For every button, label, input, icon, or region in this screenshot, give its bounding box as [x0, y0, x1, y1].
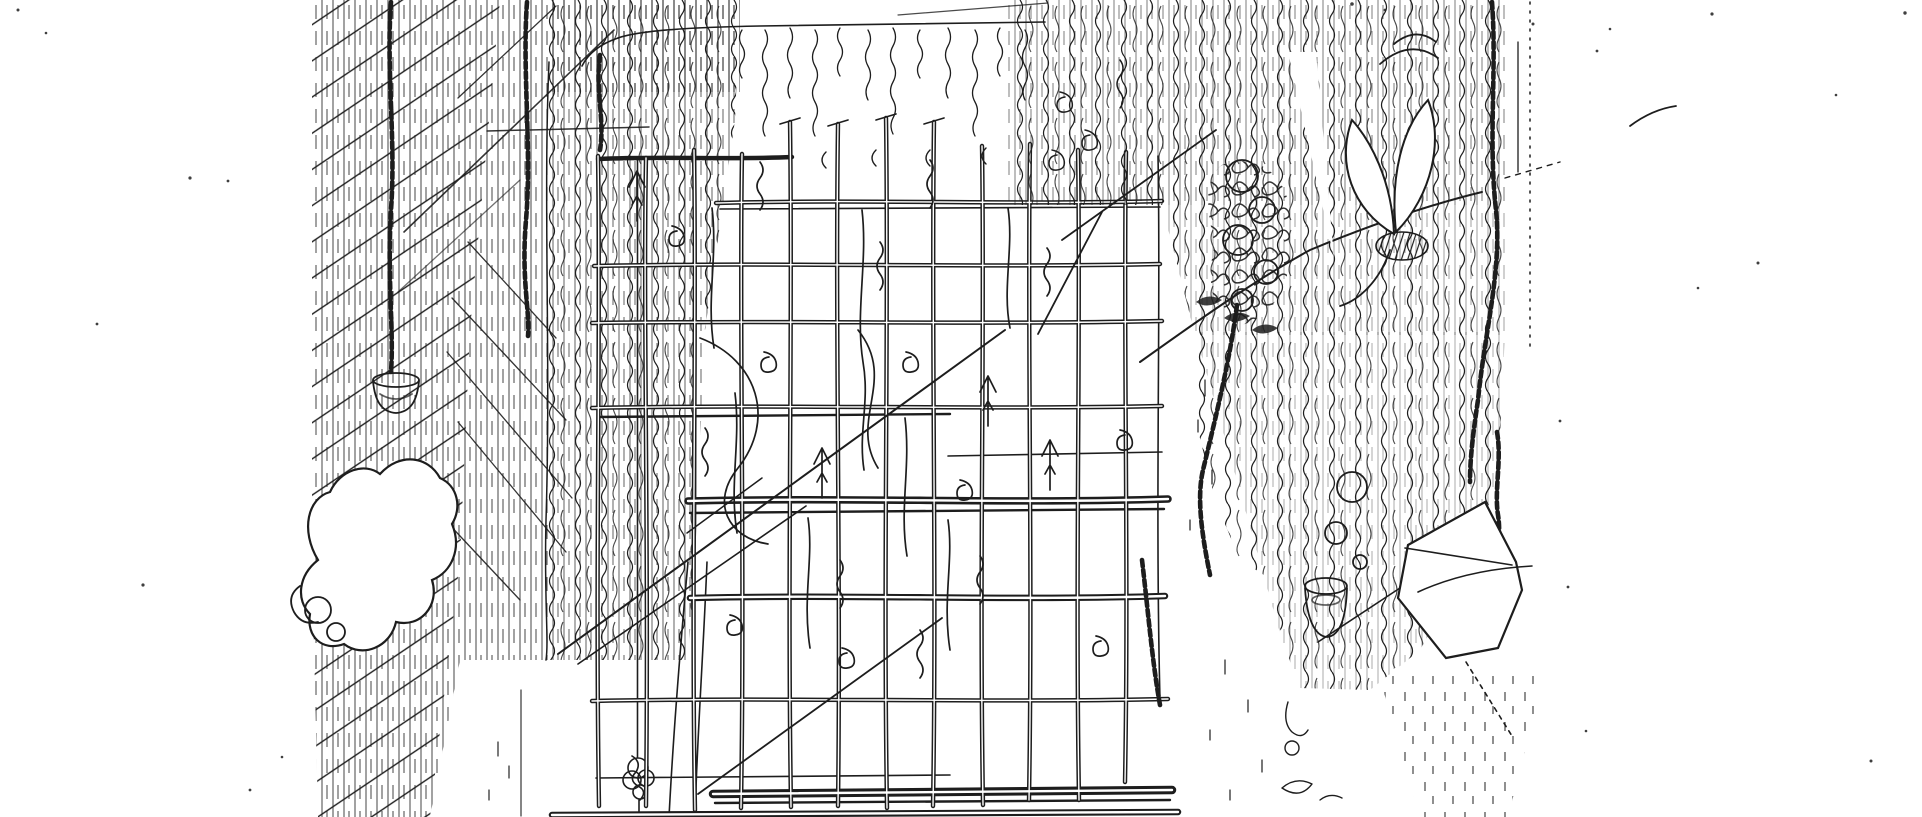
scan-speckles — [17, 2, 1907, 791]
post-top-caps — [780, 114, 944, 126]
left-hatch-block — [312, 0, 548, 817]
scanned-sketch-page: Black-and-white pen-and-ink sketch on wh… — [0, 0, 1922, 817]
sketch-canvas — [0, 0, 1922, 817]
trellis-grid — [552, 114, 1178, 815]
grid-edge-chain — [1142, 560, 1160, 705]
vine-fringe — [740, 28, 1028, 136]
